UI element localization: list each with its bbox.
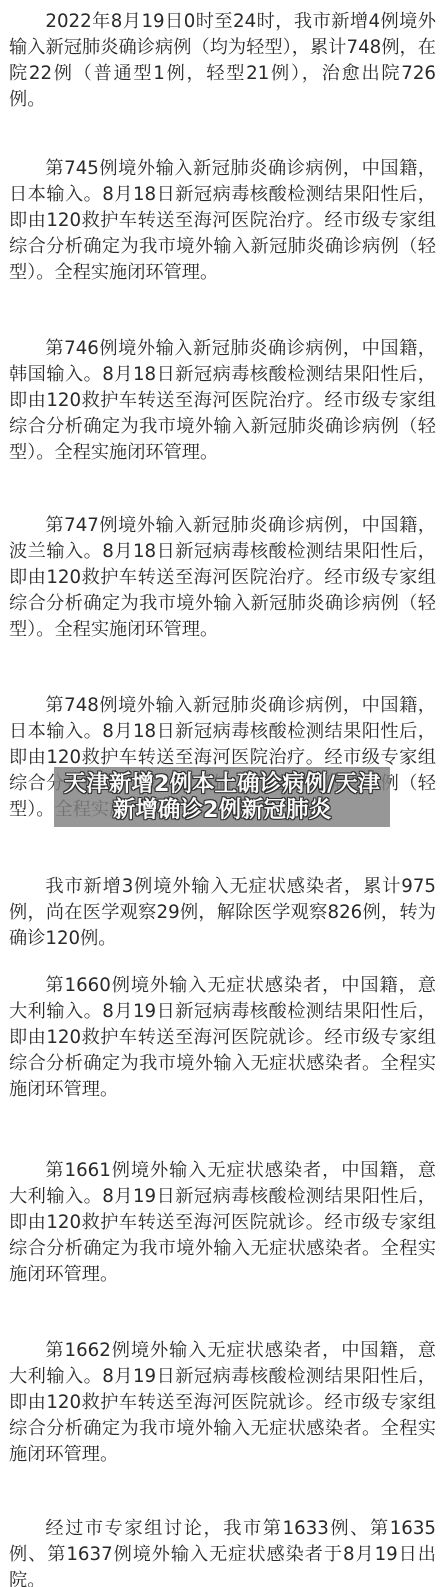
watermark-title-line2: 新增确诊2例新冠肺炎 [54,797,390,823]
paragraph-case-1660: 第1660例境外输入无症状感染者，中国籍，意大利输入。8月19日新冠病毒核酸检测… [9,973,436,1103]
paragraph-daily-summary: 2022年8月19日0时至24时，我市新增4例境外输入新冠肺炎确诊病例（均为轻型… [9,9,436,113]
watermark-overlay: 天津新增2例本土确诊病例/天津 新增确诊2例新冠肺炎 [54,767,390,827]
article-page: 2022年8月19日0时至24时，我市新增4例境外输入新冠肺炎确诊病例（均为轻型… [0,0,445,1587]
paragraph-asymptomatic-summary: 我市新增3例境外输入无症状感染者，累计975例，尚在医学观察29例，解除医学观察… [9,874,436,952]
paragraph-discharge-notice: 经过市专家组讨论，我市第1633例、第1635例、第1637例境外输入无症状感染… [9,1516,436,1587]
paragraph-case-745: 第745例境外输入新冠肺炎确诊病例，中国籍，日本输入。8月18日新冠病毒核酸检测… [9,156,436,286]
paragraph-case-747: 第747例境外输入新冠肺炎确诊病例，中国籍，波兰输入。8月18日新冠病毒核酸检测… [9,513,436,643]
paragraph-case-1661: 第1661例境外输入无症状感染者，中国籍，意大利输入。8月19日新冠病毒核酸检测… [9,1158,436,1288]
paragraph-case-746: 第746例境外输入新冠肺炎确诊病例，中国籍，韩国输入。8月18日新冠病毒核酸检测… [9,336,436,466]
paragraph-case-1662: 第1662例境外输入无症状感染者，中国籍，意大利输入。8月19日新冠病毒核酸检测… [9,1338,436,1468]
watermark-title-line1: 天津新增2例本土确诊病例/天津 [54,771,390,797]
